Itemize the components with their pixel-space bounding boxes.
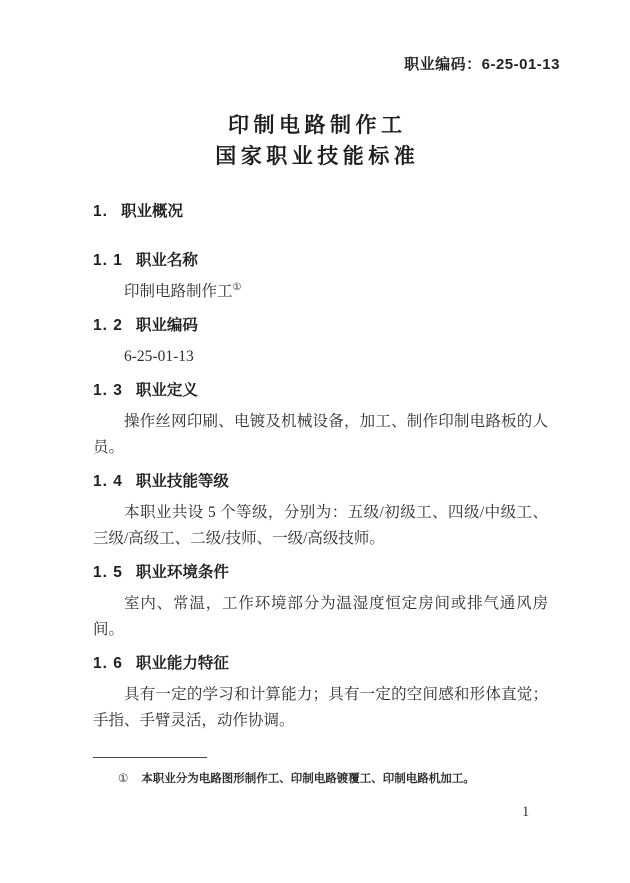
section-number: 1. 4 [93,473,123,490]
document-title-line2: 国家职业技能标准 [0,141,630,172]
occupation-code-header: 职业编码：6-25-01-13 [404,53,560,74]
document-body: 1.职业概况 1. 1职业名称 印制电路制作工① 1. 2职业编码 6-25-0… [93,196,548,734]
section-1-1-paragraph: 印制电路制作工① [93,279,548,305]
section-1-2-heading: 1. 2职业编码 [93,317,548,335]
section-label: 职业定义 [136,382,198,399]
section-label: 职业技能等级 [136,473,229,490]
section-1-6-paragraph: 具有一定的学习和计算能力；具有一定的空间感和形体直觉；手指、手臂灵活，动作协调。 [93,682,548,734]
document-page: 职业编码：6-25-01-13 印制电路制作工 国家职业技能标准 1.职业概况 … [0,0,630,883]
footnote-reference: ① [233,282,242,293]
document-title-line1: 印制电路制作工 [0,110,630,141]
section-1-3-paragraph: 操作丝网印刷、电镀及机械设备，加工、制作印制电路板的人员。 [93,409,548,461]
section-number: 1. 3 [93,382,123,399]
footnote-divider [93,757,207,758]
section-1-1-heading: 1. 1职业名称 [93,252,548,270]
section-1-5-heading: 1. 5职业环境条件 [93,564,548,582]
section-number: 1. 5 [93,564,123,581]
section-number: 1. 1 [93,252,123,269]
footnote-marker: ① [118,773,128,785]
section-label: 职业环境条件 [136,564,229,581]
section-1-5-paragraph: 室内、常温，工作环境部分为温湿度恒定房间或排气通风房间。 [93,591,548,643]
document-title: 印制电路制作工 国家职业技能标准 [0,110,630,172]
section-1-heading: 1.职业概况 [93,203,548,221]
page-number: 1 [522,804,529,821]
section-1-3-heading: 1. 3职业定义 [93,382,548,400]
section-1-4-paragraph: 本职业共设 5 个等级，分别为：五级/初级工、四级/中级工、三级/高级工、二级/… [93,500,548,552]
section-1-4-heading: 1. 4职业技能等级 [93,473,548,491]
footnote-text: 本职业分为电路图形制作工、印制电路镀覆工、印制电路机加工。 [141,773,475,785]
section-number: 1. 2 [93,317,123,334]
section-label: 职业名称 [136,252,198,269]
footnote: ①本职业分为电路图形制作工、印制电路镀覆工、印制电路机加工。 [93,771,553,788]
paragraph-text: 印制电路制作工 [124,283,233,300]
section-number: 1. [93,203,108,220]
section-label: 职业能力特征 [136,655,229,672]
section-label: 职业编码 [136,317,198,334]
section-number: 1. 6 [93,655,123,672]
section-label: 职业概况 [121,203,183,220]
section-1-6-heading: 1. 6职业能力特征 [93,655,548,673]
section-1-2-paragraph: 6-25-01-13 [93,344,548,370]
